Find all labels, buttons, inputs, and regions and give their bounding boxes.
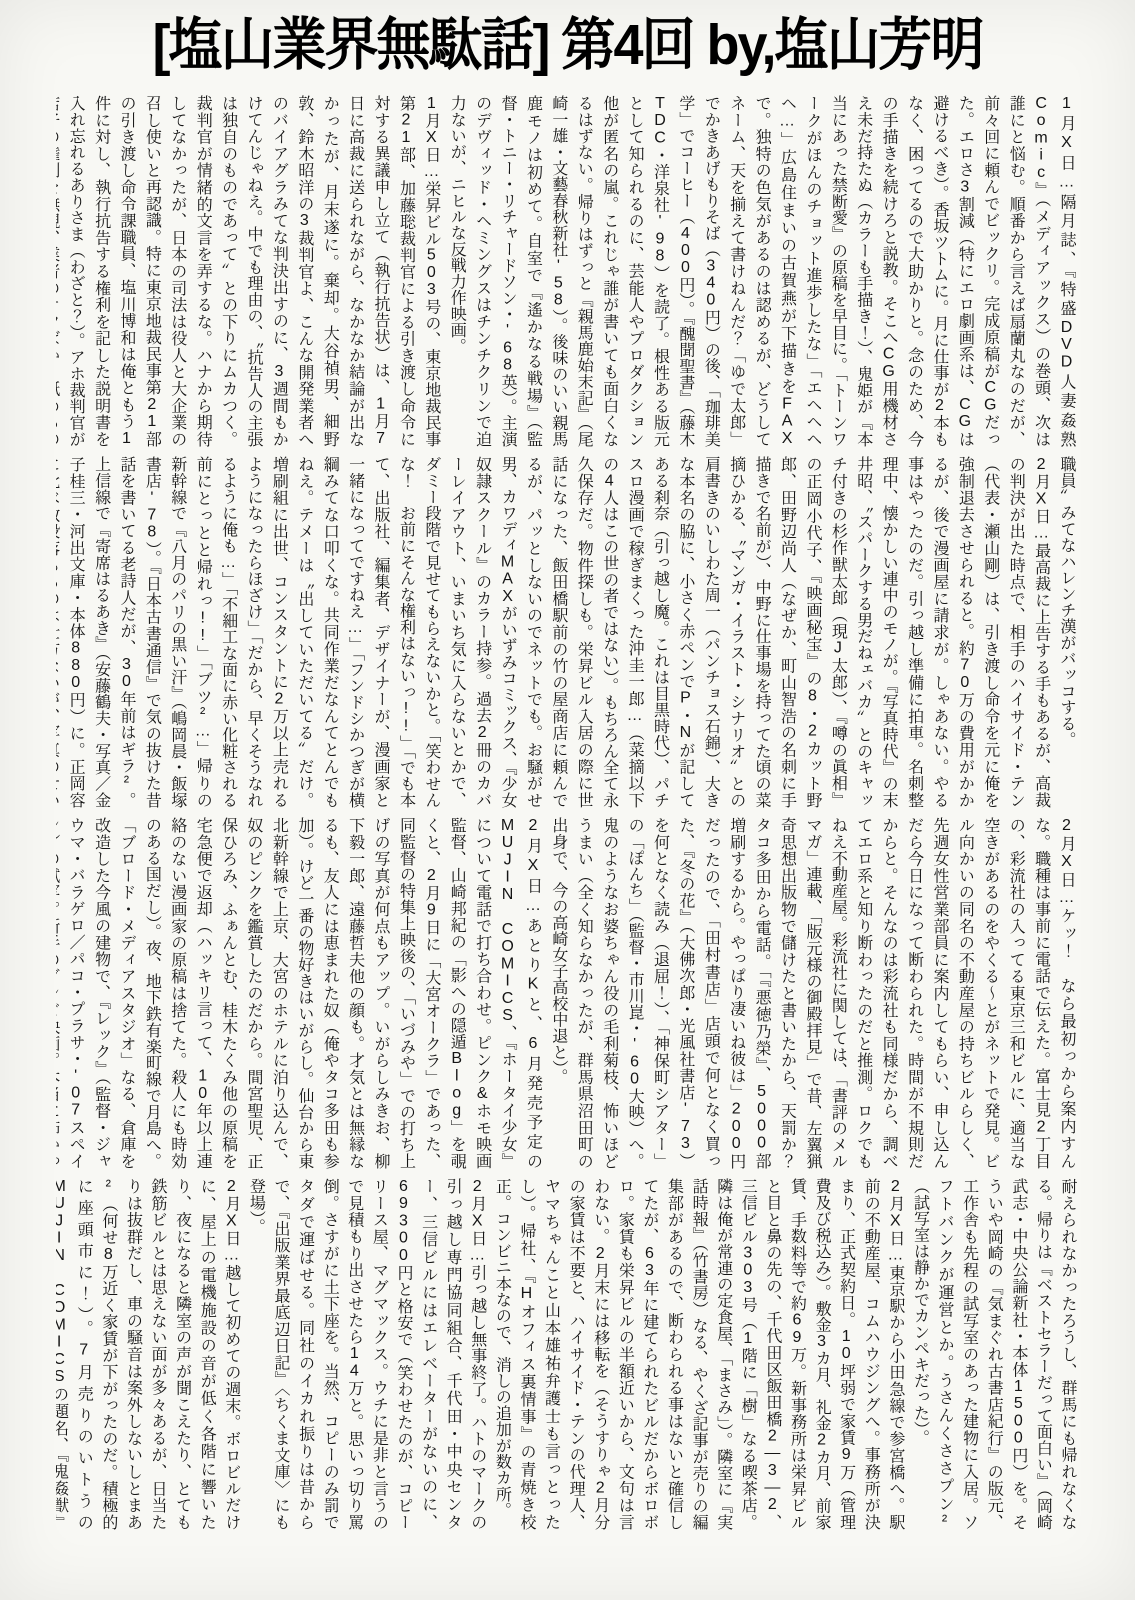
diary-entry: 2月X日…東京駅から小田急線で参宮橋へ。駅前の不動産屋、コムハウジングへ。事務所…	[489, 1178, 907, 1530]
diary-entry: 1月X日…栄昇ビル503号の、東京地裁民事第21部、加藤聡裁判官による引き渡し命…	[56, 95, 444, 447]
diary-entry: 2月X日…引っ越し無事終了。ハトのマークの引っ越し専門協同組合、千代田・中央セン…	[243, 1178, 489, 1530]
text-band-2: 職員〟みてなハレンチ漢がバッコする。 2月X日…最高裁に上告する手もあるが、高裁…	[56, 456, 1079, 808]
column-title: [塩山業界無駄話] 第4回 by,塩山芳明	[0, 0, 1135, 83]
diary-entry: 2月X日…ケッ！ なら最初っから案内すんな。職種は事前に電話で伝えた。富士見2丁…	[545, 817, 1079, 1169]
magazine-page: [塩山業界無駄話] 第4回 by,塩山芳明 1月X日…隔月誌、『特盛DVD人妻姦…	[0, 0, 1135, 1600]
diary-entry: 2月X日…最高裁に上告する手もあるが、高裁の判決が出た時点で、相手のハイサイド・…	[56, 456, 1054, 808]
diary-entry-continuation: 職員〟みてなハレンチ漢がバッコする。	[1054, 456, 1079, 808]
diary-entry-continuation: 耐えられなかったろうし、群馬にも帰れなくなる。帰りは『ベストセラーだって面白い』…	[907, 1178, 1079, 1530]
text-band-3: 2月X日…ケッ！ なら最初っから案内すんな。職種は事前に電話で伝えた。富士見2丁…	[56, 817, 1079, 1169]
article-body: 1月X日…隔月誌、『特盛DVD人妻姦熟Comic』（メディアックス）の巻頭、次は…	[0, 81, 1135, 1530]
diary-entry: 2月X日…あとりKと、6月発売予定のMUJIN COMICS、『ホータイ少女』に…	[56, 817, 545, 1169]
diary-entry: 2月X日…越して初めての週末。ボロビルだけに、屋上の電機施設の音が低く各階に響い…	[56, 1178, 243, 1530]
text-band-1: 1月X日…隔月誌、『特盛DVD人妻姦熟Comic』（メディアックス）の巻頭、次は…	[56, 95, 1079, 447]
diary-entry: 1月X日…隔月誌、『特盛DVD人妻姦熟Comic』（メディアックス）の巻頭、次は…	[444, 95, 1079, 447]
text-band-4: 耐えられなかったろうし、群馬にも帰れなくなる。帰りは『ベストセラーだって面白い』…	[56, 1178, 1079, 1530]
